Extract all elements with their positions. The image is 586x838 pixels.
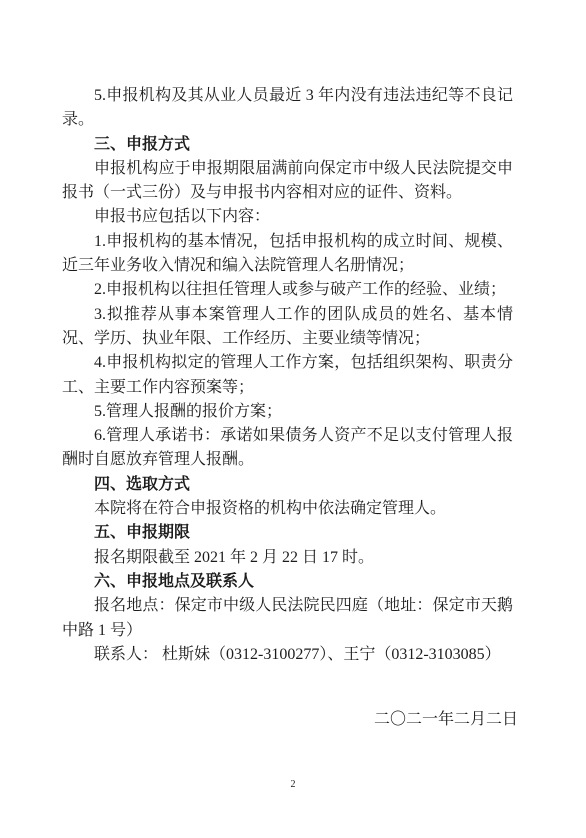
para-submission-requirement: 申报机构应于申报期限届满前向保定市中级人民法院提交申报书（一式三份）及与申报书内… [62,157,513,206]
para-selection-method: 本院将在符合申报资格的机构中依法确定管理人。 [62,497,513,521]
heading-application-method: 三、申报方式 [62,133,513,157]
para-registration-location: 报名地点：保定市中级人民法院民四庭（地址：保定市天鹅中路 1 号） [62,594,513,643]
para-deadline: 报名期限截至 2021 年 2 月 22 日 17 时。 [62,546,513,570]
heading-selection-method: 四、选取方式 [62,473,513,497]
list-item-6-commitment-letter: 6.管理人承诺书：承诺如果债务人资产不足以支付管理人报酬时自愿放弃管理人报酬。 [62,424,513,473]
document-page: 5.申报机构及其从业人员最近 3 年内没有违法违纪等不良记录。 三、申报方式 申… [0,0,586,838]
heading-location-and-contacts: 六、申报地点及联系人 [62,570,513,594]
list-item-1-basic-info: 1.申报机构的基本情况，包括申报机构的成立时间、规模、近三年业务收入情况和编入法… [62,230,513,279]
list-item-5-fee-quote: 5.管理人报酬的报价方案； [62,400,513,424]
clause-no-violations: 5.申报机构及其从业人员最近 3 年内没有违法违纪等不良记录。 [62,84,513,133]
heading-application-deadline: 五、申报期限 [62,521,513,545]
para-contacts: 联系人： 杜斯妹（0312-3100277）、王宁（0312-3103085） [62,643,513,667]
list-item-2-experience: 2.申报机构以往担任管理人或参与破产工作的经验、业绩； [62,278,513,302]
para-application-contents-intro: 申报书应包括以下内容： [62,205,513,229]
list-item-3-team-members: 3.拟推荐从事本案管理人工作的团队成员的姓名、基本情况、学历、执业年限、工作经历… [62,303,513,352]
page-number: 2 [0,778,586,792]
document-body: 5.申报机构及其从业人员最近 3 年内没有违法违纪等不良记录。 三、申报方式 申… [62,84,513,667]
document-date: 二〇二一年二月二日 [374,708,518,732]
list-item-4-work-plan: 4.申报机构拟定的管理人工作方案，包括组织架构、职责分工、主要工作内容预案等； [62,351,513,400]
